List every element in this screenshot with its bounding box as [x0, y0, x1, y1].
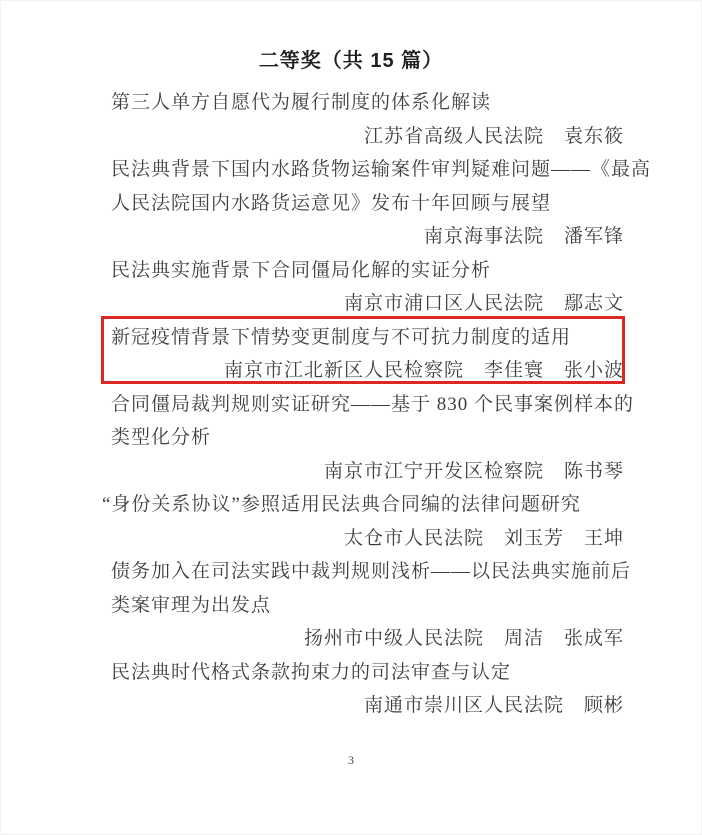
entry-title-line-highlighted: 新冠疫情背景下情势变更制度与不可抗力制度的适用 [111, 321, 624, 355]
entry-authors-line: 江苏省高级人民法院 袁东筱 [111, 120, 624, 154]
entry-title-line: “身份关系协议”参照适用民法典合同编的法律问题研究 [111, 488, 624, 522]
entry-authors-line-highlighted: 南京市江北新区人民检察院 李佳寰 张小波 [111, 354, 624, 388]
entry-authors-line: 南通市崇川区人民法院 顾彬 [111, 689, 624, 723]
document-page: 二等奖（共 15 篇） 第三人单方自愿代为履行制度的体系化解读 江苏省高级人民法… [0, 0, 702, 835]
entry-authors-line: 太仓市人民法院 刘玉芳 王坤 [111, 522, 624, 556]
entry-title-line: 债务加入在司法实践中裁判规则浅析——以民法典实施前后 [111, 555, 624, 589]
entry-title-line: 人民法院国内水路货运意见》发布十年回顾与展望 [111, 187, 624, 221]
entry-authors-line: 南京市浦口区人民法院 鄢志文 [111, 287, 624, 321]
entry-title-line: 第三人单方自愿代为履行制度的体系化解读 [111, 86, 624, 120]
entry-authors-line: 南京海事法院 潘军锋 [111, 220, 624, 254]
entry-title-line: 民法典背景下国内水路货物运输案件审判疑难问题——《最高 [111, 153, 624, 187]
entry-authors-line: 扬州市中级人民法院 周洁 张成军 [111, 622, 624, 656]
page-number: 3 [0, 753, 702, 768]
entry-title-line: 民法典实施背景下合同僵局化解的实证分析 [111, 254, 624, 288]
award-list: 第三人单方自愿代为履行制度的体系化解读 江苏省高级人民法院 袁东筱 民法典背景下… [111, 86, 624, 723]
entry-title-line: 类案审理为出发点 [111, 589, 624, 623]
section-heading: 二等奖（共 15 篇） [0, 44, 702, 73]
entry-title-line: 民法典时代格式条款拘束力的司法审查与认定 [111, 656, 624, 690]
entry-authors-line: 南京市江宁开发区检察院 陈书琴 [111, 455, 624, 489]
entry-title-line: 类型化分析 [111, 421, 624, 455]
entry-title-line: 合同僵局裁判规则实证研究——基于 830 个民事案例样本的 [111, 388, 624, 422]
